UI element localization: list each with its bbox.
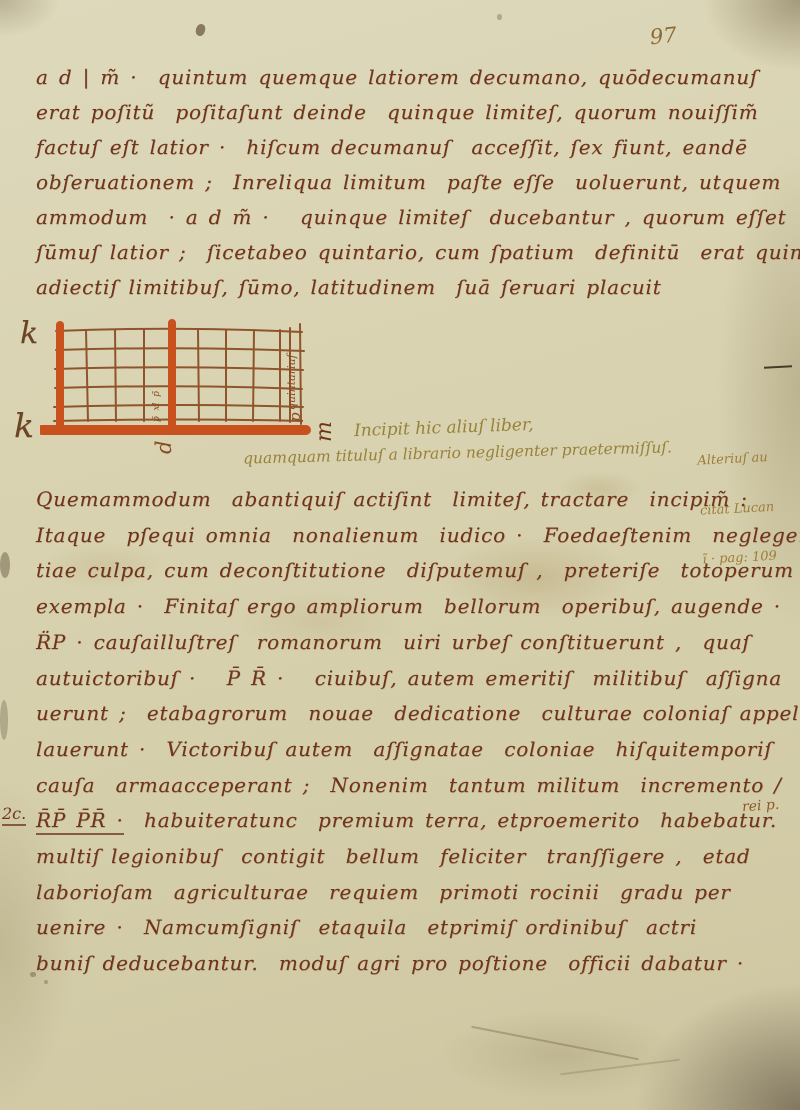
- rotated-letter-p: p: [286, 400, 304, 422]
- text-line: erat poſitũ poſitaſunt deinde quinque li…: [36, 95, 776, 130]
- text-line-rest: habuiteratunc premium terra, etproemerit…: [124, 808, 777, 832]
- scratch-mark: [471, 1026, 638, 1060]
- kardo-letter-k-bottom: k: [14, 406, 34, 445]
- ink-speck: [497, 14, 502, 20]
- ink-speck: [194, 23, 206, 37]
- text-line: a d | m̃ · quintum quemque latiorem decu…: [36, 60, 776, 95]
- text-line: factuſ eſt latior · hiſcum decumanuſ acc…: [36, 130, 776, 165]
- rotated-letter-m: m: [312, 412, 337, 442]
- quintarius-label: quintariuſ: [285, 324, 298, 410]
- text-line: adiectiſ limitibuſ, ſūmo, latitudinem ſu…: [36, 270, 776, 305]
- text-line: Quemammodum abantiquiſ actiſint limiteſ,…: [36, 482, 781, 518]
- centuriation-diagram: k k: [0, 308, 400, 468]
- paragraph-block-2: Quemammodum abantiquiſ actiſint limiteſ,…: [36, 482, 781, 982]
- text-line: tiae culpa, cum deconſtitutione diſputem…: [36, 553, 781, 589]
- right-margin-mark: rei p.: [741, 797, 779, 816]
- ink-speck: [30, 972, 36, 977]
- text-line-rp-pr: R̄P̄ P̄R̄ · habuiteratunc premium terra,…: [36, 803, 781, 839]
- paragraph-block-1: a d | m̃ · quintum quemque latiorem decu…: [36, 60, 776, 305]
- text-line: laborioſam agriculturae requiem primoti …: [36, 875, 781, 911]
- text-line: uenire · Namcumſigniſ etaquila etprimiſ …: [36, 910, 781, 946]
- middle-vertical-label: p̃ xl p̃: [152, 338, 162, 422]
- text-line: cauſa armaacceperant ; Nonenim tantum mi…: [36, 768, 781, 804]
- edge-smudge: [0, 552, 10, 578]
- text-line: R̈P · cauſailluſtreſ romanorum uiri urbe…: [36, 625, 781, 661]
- text-line: Itaque pſequi omnia nonalienum iudico · …: [36, 518, 781, 554]
- scratch-mark: [560, 1059, 679, 1076]
- ink-speck: [44, 980, 48, 984]
- text-line: exempla · Finitaſ ergo ampliorum belloru…: [36, 589, 781, 625]
- text-line: lauerunt · Victoribuſ autem aſſignatae c…: [36, 732, 781, 768]
- text-line: multiſ legionibuſ contigit bellum felici…: [36, 839, 781, 875]
- page-number: 97: [649, 23, 678, 50]
- edge-smudge: [0, 700, 8, 740]
- left-margin-mark: 2c.: [2, 804, 26, 826]
- text-line: uerunt ; etabagrorum nouae dedicatione c…: [36, 696, 781, 732]
- text-line: ammodum · a d m̃ · quinque limiteſ duceb…: [36, 200, 776, 235]
- margin-note-line: Alteriuſ au: [697, 448, 798, 470]
- grid-drawing: [40, 318, 312, 444]
- text-line: buniſ deducebantur. moduſ agri pro poſti…: [36, 946, 781, 982]
- rotated-letter-d: d: [152, 428, 176, 454]
- manuscript-page: 97 a d | m̃ · quintum quemque latiorem d…: [0, 0, 800, 1110]
- text-line: autuictoribuſ · P̄ R̄ · ciuibuſ, autem e…: [36, 661, 781, 697]
- text-line: obſeruationem ; Inreliqua limitum paſte …: [36, 165, 776, 200]
- kardo-letter-k-top: k: [20, 316, 38, 351]
- margin-dash-mark: [764, 365, 792, 368]
- rp-pr-abbreviation: R̄P̄ P̄R̄ ·: [36, 808, 124, 835]
- text-line: ſūmuſ latior ; ſicetabeo quintario, cum …: [36, 235, 776, 270]
